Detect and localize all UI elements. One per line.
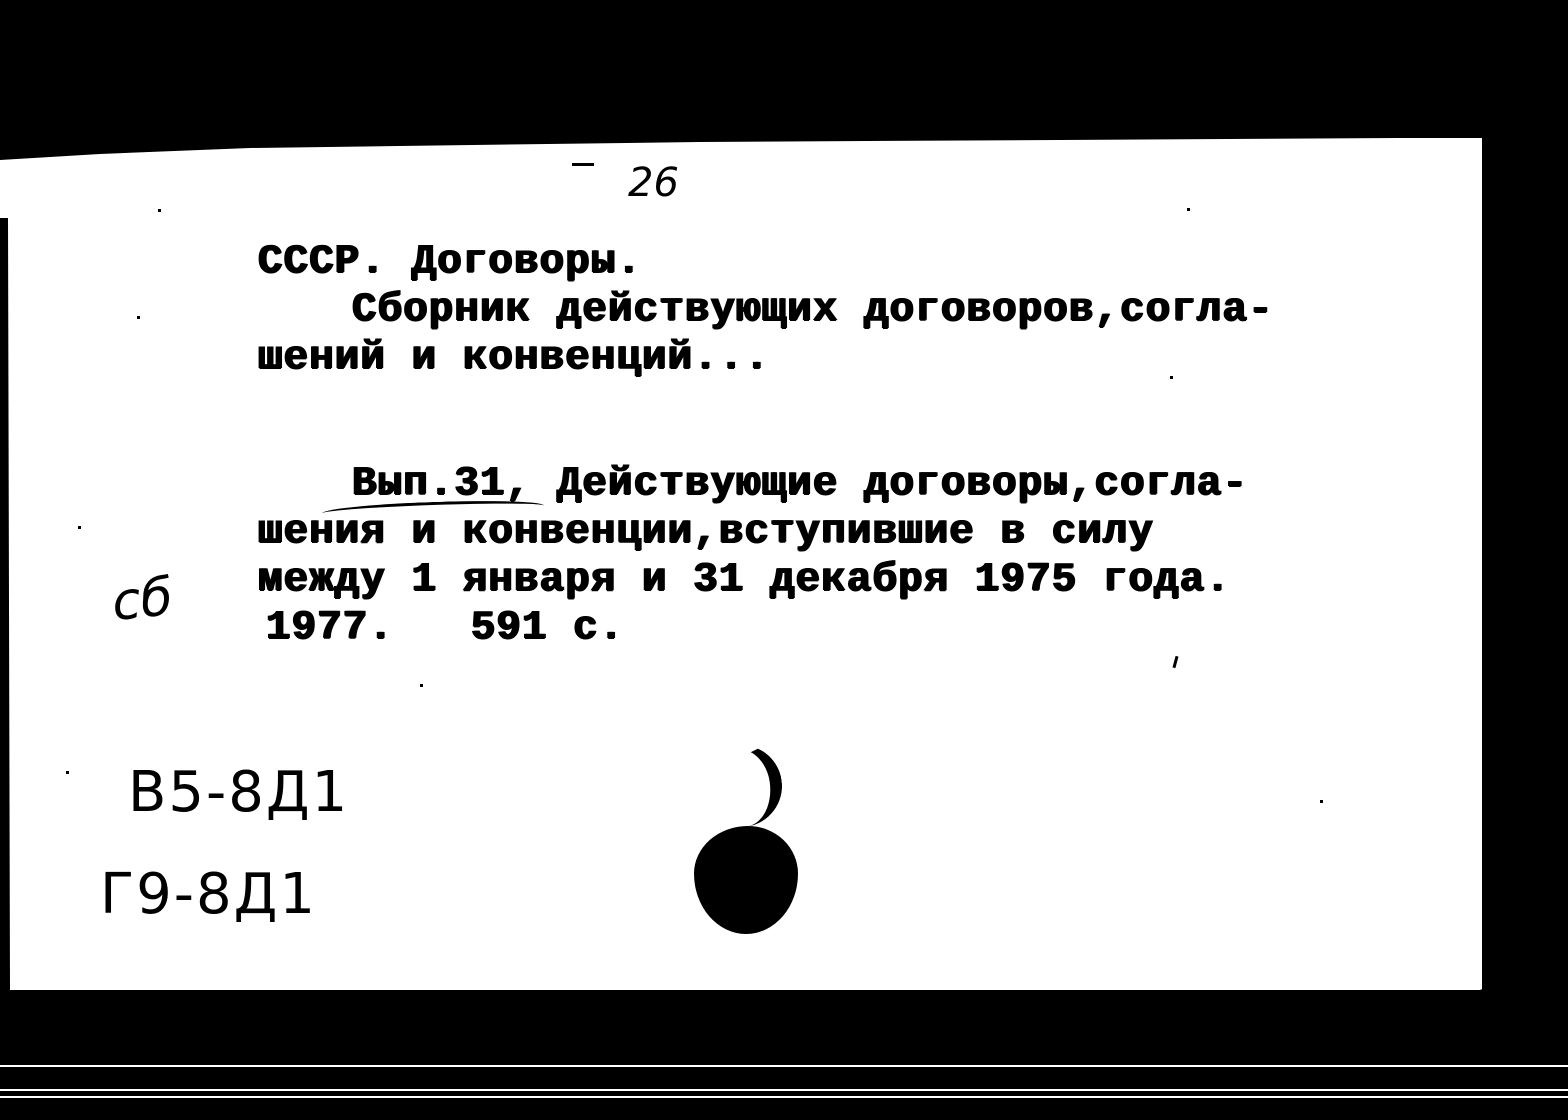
margin-note: сб [109,567,176,633]
scan-speck [158,209,161,212]
scanner-line [0,1089,1568,1091]
shelf-mark-1: В5-8Д1 [128,760,349,825]
scan-speck [1187,208,1190,211]
title-line-1: Сборник действующих договоров,согла- [352,288,1274,332]
title-line-2: шений и конвенций... [258,336,770,380]
volume-line-1: Вып.31, Действующие договоры,согла- [352,462,1248,506]
scan-viewport: 26 СССР. Договоры. Сборник действующих д… [0,0,1568,1120]
scan-speck [66,771,69,774]
page-number: 26 [628,160,679,206]
scan-speck [1170,376,1173,379]
volume-line-3: между 1 января и 31 декабря 1975 года. [258,558,1231,602]
scanner-line [0,1065,1568,1067]
scan-speck [78,526,81,529]
volume-line-2: шения и конвенции,вступившие в силу [258,510,1154,554]
scan-speck [137,316,140,319]
scan-speck [420,684,423,687]
scanner-lines [0,1065,1568,1095]
shelf-mark-2: Г9-8Д1 [100,862,317,927]
scanner-line [0,1096,1568,1098]
card-heading: СССР. Договоры. [258,240,642,284]
page-number-dash [572,163,594,166]
scan-speck [1320,800,1323,803]
volume-line-4: 1977. 591 с. [266,606,624,650]
